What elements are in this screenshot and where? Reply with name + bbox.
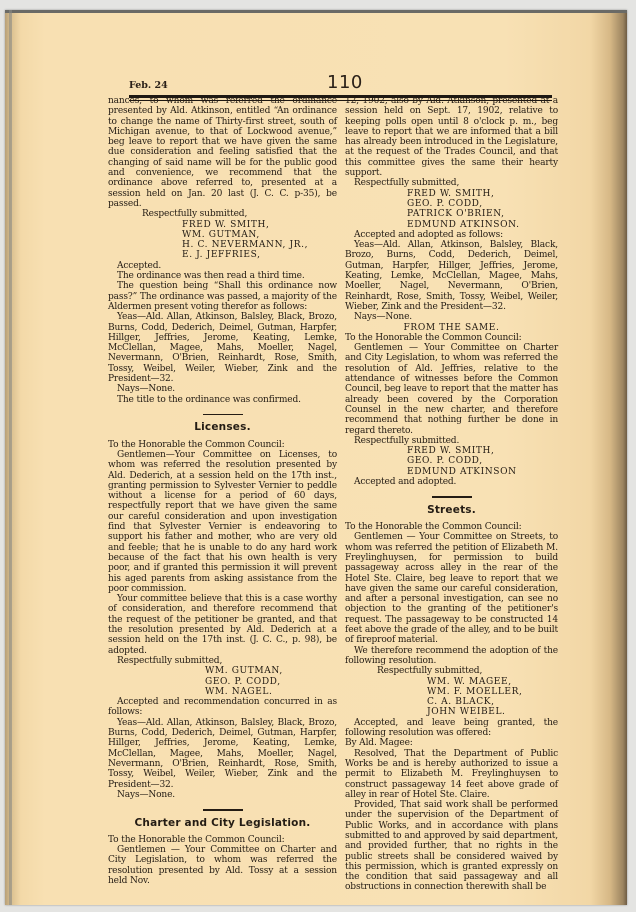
page-number: 110: [327, 72, 363, 93]
left-column: nances, to whom was referred the ordinan…: [108, 96, 337, 886]
paragraph: nances, to whom was referred the ordinan…: [108, 96, 337, 209]
signature-block: Respectfully submitted, FRED W. SMITH, W…: [108, 209, 337, 260]
signatory: FRED W. SMITH,: [345, 446, 558, 456]
salutation: To the Honorable the Common Council:: [345, 333, 558, 343]
signatory: EDMUND ATKINSON: [345, 467, 558, 477]
signatory: WM. NAGEL.: [108, 687, 337, 697]
respectfully-submitted: Respectfully submitted,: [108, 209, 337, 219]
vote-nays: Nays—None.: [108, 790, 337, 800]
paragraph: Accepted and adopted as follows:: [345, 230, 558, 240]
signature-block: Respectfully submitted, WM. W. MAGEE, WM…: [345, 666, 558, 717]
section-heading-licenses: Licenses.: [108, 414, 337, 433]
vote-nays: Nays—None.: [345, 312, 558, 322]
signatory: FRED W. SMITH,: [108, 220, 337, 230]
paragraph: Gentlemen — Your Committee on Charter an…: [345, 343, 558, 436]
signatory: H. C. NEVERMANN, JR.,: [108, 240, 337, 250]
vote-nays: Nays—None.: [108, 384, 337, 394]
header-date: Feb. 24: [129, 80, 168, 91]
section-heading-streets: Streets.: [345, 496, 558, 515]
section-heading-charter: Charter and City Legislation.: [108, 809, 337, 828]
signature-block: Respectfully submitted, FRED W. SMITH, G…: [345, 178, 558, 229]
salutation: To the Honorable the Common Council:: [108, 835, 337, 845]
signature-block: Respectfully submitted. FRED W. SMITH, G…: [345, 436, 558, 477]
signatory: GEO. P. CODD,: [345, 199, 558, 209]
signatory: WM. W. MAGEE,: [345, 677, 558, 687]
signatory: WM. GUTMAN,: [108, 230, 337, 240]
proviso: Provided, That said work shall be perfor…: [345, 800, 558, 893]
signatory: C. A. BLACK,: [345, 697, 558, 707]
paragraph: 12, 1902, also by Ald. Atkinson, present…: [345, 96, 558, 178]
respectfully-submitted: Respectfully submitted.: [345, 436, 558, 446]
paragraph: Your committee believe that this is a ca…: [108, 594, 337, 656]
signatory: FRED W. SMITH,: [345, 189, 558, 199]
signatory: WM. F. MOELLER,: [345, 687, 558, 697]
respectfully-submitted: Respectfully submitted,: [108, 656, 337, 666]
signatory: GEO. P. CODD,: [108, 677, 337, 687]
resolution: Resolved, That the Department of Public …: [345, 749, 558, 800]
signature-block: Respectfully submitted, WM. GUTMAN, GEO.…: [108, 656, 337, 697]
salutation: To the Honorable the Common Council:: [345, 522, 558, 532]
right-column: 12, 1902, also by Ald. Atkinson, present…: [345, 96, 558, 893]
paragraph: Gentlemen — Your Committee on Charter an…: [108, 845, 337, 886]
signatory: PATRICK O'BRIEN,: [345, 209, 558, 219]
paragraph: Accepted and adopted.: [345, 477, 558, 487]
paragraph: Accepted.: [108, 261, 337, 271]
respectfully-submitted: Respectfully submitted,: [345, 178, 558, 188]
signatory: JOHN WEIBEL.: [345, 707, 558, 717]
signatory: EDMUND ATKINSON.: [345, 220, 558, 230]
signatory: GEO. P. CODD,: [345, 456, 558, 466]
paragraph: Accepted and recommendation concurred in…: [108, 697, 337, 718]
paragraph: Accepted, and leave being granted, the f…: [345, 718, 558, 739]
signatory: E. J. JEFFRIES,: [108, 250, 337, 260]
paragraph: Gentlemen — Your Committee on Streets, t…: [345, 532, 558, 645]
vote-yeas: Yeas—Ald. Allan, Atkinson, Balsley, Blac…: [108, 718, 337, 790]
salutation: To the Honorable the Common Council:: [108, 440, 337, 450]
paragraph: The ordinance was then read a third time…: [108, 271, 337, 281]
paragraph: We therefore recommend the adoption of t…: [345, 646, 558, 667]
paragraph: Gentlemen—Your Committee on Licenses, to…: [108, 450, 337, 594]
subheading-from-the-same: FROM THE SAME.: [345, 323, 558, 333]
paragraph: By Ald. Magee:: [345, 738, 558, 748]
vote-yeas: Yeas—Ald. Allan, Atkinson, Balsley, Blac…: [108, 312, 337, 384]
paragraph: The question being “Shall this ordinance…: [108, 281, 337, 312]
signatory: WM. GUTMAN,: [108, 666, 337, 676]
respectfully-submitted: Respectfully submitted,: [345, 666, 558, 676]
vote-yeas: Yeas—Ald. Allan, Atkinson, Balsley, Blac…: [345, 240, 558, 312]
paragraph: The title to the ordinance was confirmed…: [108, 395, 337, 405]
